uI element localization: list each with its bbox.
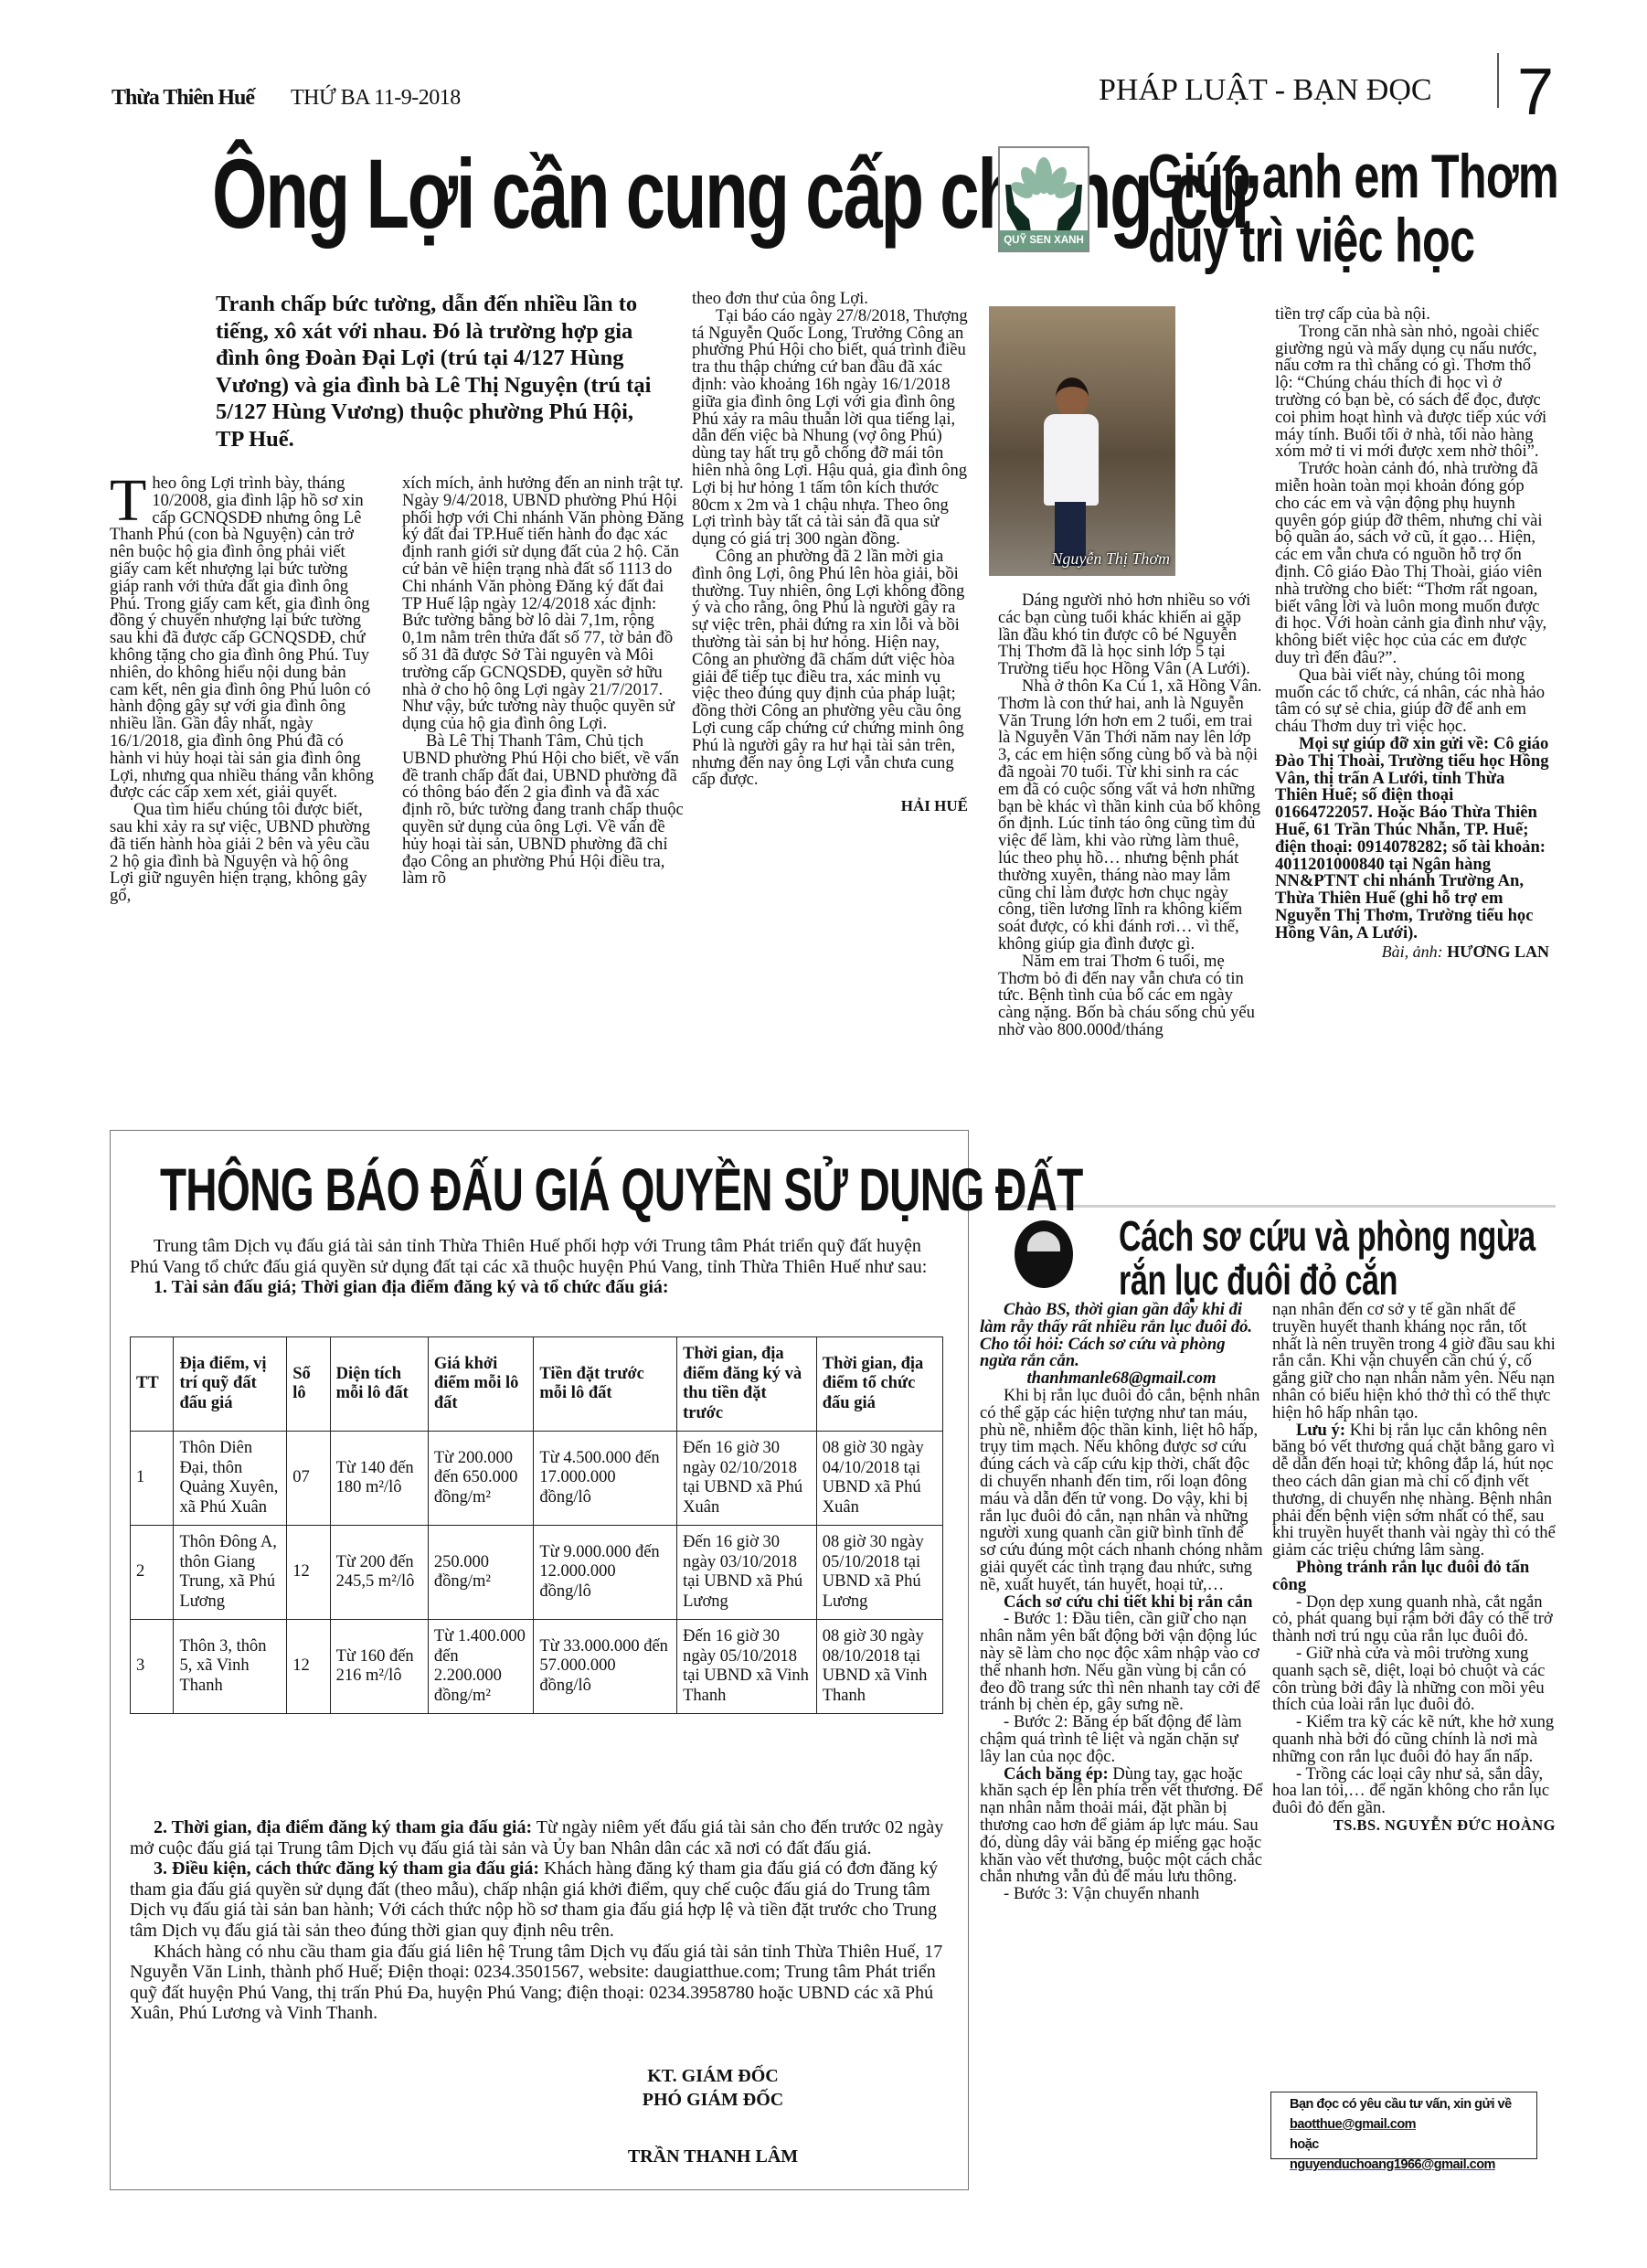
email-link-doctor[interactable]: nguyenduchoang1966@gmail.com (1290, 2157, 1495, 2172)
section-3: 3. Điều kiện, cách thức đăng ký tham gia… (130, 1858, 952, 1941)
section-1-heading: 1. Tài sản đấu giá; Thời gian địa điểm đ… (130, 1277, 952, 1298)
reader-question: Chào BS, thời gian gần đây khi đi làm rẫ… (980, 1302, 1263, 1370)
column-header: Thời gian, địa điểm đăng ký và thu tiền … (677, 1337, 817, 1432)
article-snake-column-1: Chào BS, thời gian gần đây khi đi làm rẫ… (980, 1302, 1263, 1903)
paragraph: Dáng người nhỏ hơn nhiều so với các bạn … (998, 592, 1263, 678)
paragraph: Qua tìm hiểu chúng tôi được biết, sau kh… (110, 802, 375, 905)
paragraph: Bà Lê Thị Thanh Tâm, Chủ tịch UBND phườn… (402, 733, 685, 888)
table-row: 2 Thôn Đông A, thôn Giang Trung, xã Phú … (131, 1526, 943, 1620)
donation-info: Mọi sự giúp đỡ xin gửi về: Cô giáo Đào T… (1275, 736, 1549, 942)
article-snake-column-2: nạn nhân đến cơ sở y tế gần nhất để truy… (1272, 1302, 1556, 1835)
paragraph: - Giữ nhà cửa và môi trường xung quanh s… (1272, 1645, 1556, 1714)
article-evidence-title: Ông Lợi cần cung cấp chứng cứ (212, 144, 1256, 243)
newspaper-name: Thừa Thiên Huế (112, 86, 254, 111)
lotus-hands-icon (1000, 148, 1088, 232)
sen-xanh-fund-logo: QUỸ SEN XANH (998, 146, 1089, 252)
contact-info: Khách hàng có nhu cầu tham gia đấu giá l… (130, 1942, 952, 2024)
table-row: 1 Thôn Diên Đại, thôn Quảng Xuyên, xã Ph… (131, 1432, 943, 1526)
consultation-contact-box: Bạn đọc có yêu cầu tư vấn, xin gửi về ba… (1270, 2092, 1537, 2159)
header-divider (1497, 53, 1499, 108)
paragraph: Trong căn nhà sàn nhỏ, ngoài chiếc giườn… (1275, 324, 1549, 461)
article-charity-column-2: tiền trợ cấp của bà nội. Trong căn nhà s… (1275, 306, 1549, 961)
signature-block: KT. GIÁM ĐỐC PHÓ GIÁM ĐỐC TRẦN THANH LÂM (585, 2064, 841, 2168)
column-header: Địa điểm, vị trí quỹ đất đấu giá (174, 1337, 287, 1432)
signer-name: TRẦN THANH LÂM (585, 2145, 841, 2168)
article-evidence-column-1: Theo ông Lợi trình bày, tháng 10/2008, g… (110, 475, 375, 905)
logo-label: QUỸ SEN XANH (1000, 230, 1088, 250)
section-title: PHÁP LUẬT - BẠN ĐỌC (1099, 73, 1432, 108)
column-header: TT (131, 1337, 174, 1432)
paragraph: xích mích, ảnh hưởng đến an ninh trật tự… (402, 475, 685, 733)
paragraph: tiền trợ cấp của bà nội. (1275, 306, 1549, 324)
article-snake-title: Cách sơ cứu và phòng ngừa rắn lục đuôi đ… (1119, 1214, 1535, 1302)
paragraph: Công an phường đã 2 lần mời gia đình ông… (692, 548, 968, 789)
subheading: Phòng tránh rắn lục đuôi đỏ tấn công (1272, 1560, 1556, 1594)
auction-notice-title: THÔNG BÁO ĐẤU GIÁ QUYỀN SỬ DỤNG ĐẤT (160, 1159, 1083, 1219)
byline: HẢI HUẾ (692, 798, 968, 815)
paragraph: - Kiểm tra kỹ các kẽ nứt, khe hở xung qu… (1272, 1714, 1556, 1765)
table-header-row: TT Địa điểm, vị trí quỹ đất đấu giá Số l… (131, 1337, 943, 1432)
paragraph: Khi bị rắn lục đuôi đỏ cắn, bệnh nhân có… (980, 1388, 1263, 1594)
dropcap: T (110, 477, 146, 525)
column-header: Diện tích mỗi lô đất (330, 1337, 428, 1432)
photo-nguyen-thi-thom: Nguyễn Thị Thơm (989, 306, 1175, 576)
paragraph: Tại báo cáo ngày 27/8/2018, Thượng tá Ng… (692, 308, 968, 548)
column-header: Giá khởi điểm mỗi lô đất (428, 1337, 534, 1432)
auction-table: TT Địa điểm, vị trí quỹ đất đấu giá Số l… (130, 1336, 943, 1714)
health-for-you-logo-icon (1015, 1220, 1073, 1288)
auction-notice-intro: Trung tâm Dịch vụ đấu giá tài sản tỉnh T… (130, 1236, 952, 1298)
column-header: Tiền đặt trước mỗi lô đất (534, 1337, 677, 1432)
section-2: 2. Thời gian, địa điểm đăng ký tham gia … (130, 1817, 952, 1858)
column-header: Thời gian, địa điểm tổ chức đấu giá (816, 1337, 942, 1432)
paragraph: Trước hoàn cảnh đó, nhà trường đã miễn h… (1275, 461, 1549, 667)
author: TS.BS. NGUYỄN ĐỨC HOÀNG (1272, 1817, 1556, 1835)
email-link-baotthue[interactable]: baotthue@gmail.com (1290, 2117, 1416, 2132)
column-header: Số lô (287, 1337, 330, 1432)
paragraph: - Bước 3: Vận chuyển nhanh (980, 1886, 1263, 1903)
paragraph: - Bước 1: Đầu tiên, cần giữ cho nạn nhân… (980, 1611, 1263, 1714)
paragraph: - Bước 2: Băng ép bất động để làm chậm q… (980, 1714, 1263, 1765)
page-number: 7 (1517, 55, 1554, 130)
paragraph: Qua bài viết này, chúng tôi mong muốn cá… (1275, 667, 1549, 736)
article-evidence-column-2: xích mích, ảnh hưởng đến an ninh trật tự… (402, 475, 685, 888)
paragraph: Lưu ý: Khi bị rắn lục cắn không nên băng… (1272, 1422, 1556, 1560)
credit: Bài, ảnh: HƯƠNG LAN (1275, 943, 1549, 961)
paragraph: Cách băng ép: Dùng tay, gạc hoặc khăn sạ… (980, 1766, 1263, 1887)
table-row: 3 Thôn 3, thôn 5, xã Vinh Thanh 12 Từ 16… (131, 1620, 943, 1714)
paragraph: Theo ông Lợi trình bày, tháng 10/2008, g… (110, 475, 375, 802)
article-evidence-sapo: Tranh chấp bức tường, dẫn đến nhiều lần … (216, 291, 665, 453)
article-evidence-column-3: theo đơn thư của ông Lợi. Tại báo cáo ng… (692, 291, 968, 815)
paragraph: - Dọn dẹp xung quanh nhà, cắt ngắn cỏ, p… (1272, 1594, 1556, 1645)
paragraph: - Trồng các loại cây như sả, sắn dây, ho… (1272, 1766, 1556, 1817)
auction-notice-details: 2. Thời gian, địa điểm đăng ký tham gia … (130, 1817, 952, 2024)
issue-date: THỨ BA 11-9-2018 (291, 86, 461, 111)
paragraph: nạn nhân đến cơ sở y tế gần nhất để truy… (1272, 1302, 1556, 1422)
paragraph: theo đơn thư của ông Lợi. (692, 291, 968, 308)
article-charity-title: Giúp anh em Thơm duy trì việc học (1148, 144, 1558, 272)
article-charity-column-1: Dáng người nhỏ hơn nhiều so với các bạn … (998, 592, 1263, 1039)
paragraph: Năm em trai Thơm 6 tuổi, mẹ Thơm bỏ đi đ… (998, 953, 1263, 1039)
paragraph: Nhà ở thôn Ka Cú 1, xã Hồng Vân. Thơm là… (998, 678, 1263, 953)
photo-caption: Nguyễn Thị Thơm (1051, 549, 1170, 569)
